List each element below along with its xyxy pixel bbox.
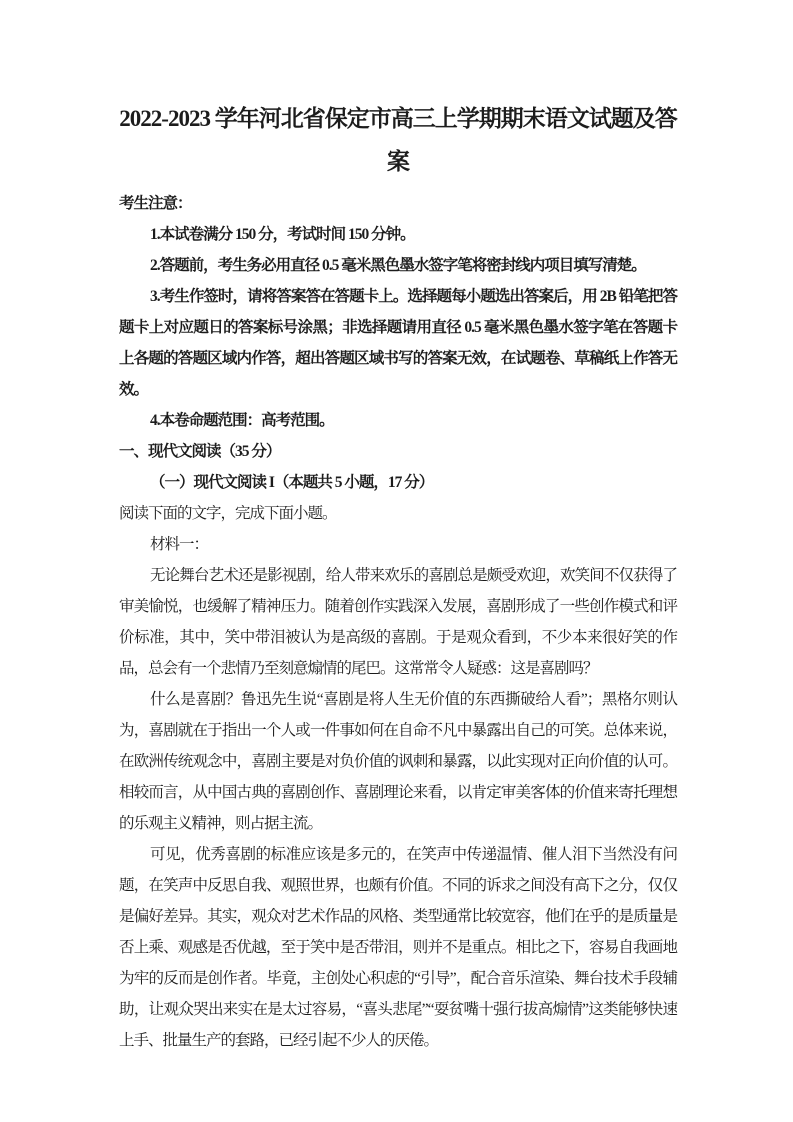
material-paragraph-3: 可见，优秀喜剧的标准应该是多元的，在笑声中传递温情、催人泪下当然没有问题，在笑声… [119,839,677,1056]
document-content: 2022-2023 学年河北省保定市高三上学期期末语文试题及答案 考生注意： 1… [0,0,793,1056]
material-paragraph-2: 什么是喜剧？鲁迅先生说“喜剧是将人生无价值的东西撕破给人看”；黑格尔则认为，喜剧… [119,684,677,839]
document-page: 2022-2023 学年河北省保定市高三上学期期末语文试题及答案 考生注意： 1… [0,0,793,1122]
reading-instruction: 阅读下面的文字，完成下面小题。 [119,498,677,529]
notice-item-4: 4.本卷命题范围：高考范围。 [119,405,677,436]
subsection-heading: （一）现代文阅读 I（本题共 5 小题，17 分） [119,467,677,498]
notice-item-1: 1.本试卷满分 150 分，考试时间 150 分钟。 [119,219,677,250]
page-title: 2022-2023 学年河北省保定市高三上学期期末语文试题及答案 [109,97,687,183]
material-label: 材料一： [119,529,677,560]
material-paragraph-1: 无论舞台艺术还是影视剧，给人带来欢乐的喜剧总是颇受欢迎，欢笑间不仅获得了审美愉悦… [119,560,677,684]
notice-item-3: 3.考生作签时，请将答案答在答题卡上。选择题每小题选出答案后，用 2B 铅笔把答… [119,281,677,405]
notice-heading: 考生注意： [119,188,677,219]
section-heading: 一、现代文阅读（35 分） [119,436,677,467]
notice-item-2: 2.答题前，考生务必用直径 0.5 毫米黑色墨水签字笔将密封线内项目填写清楚。 [119,250,677,281]
